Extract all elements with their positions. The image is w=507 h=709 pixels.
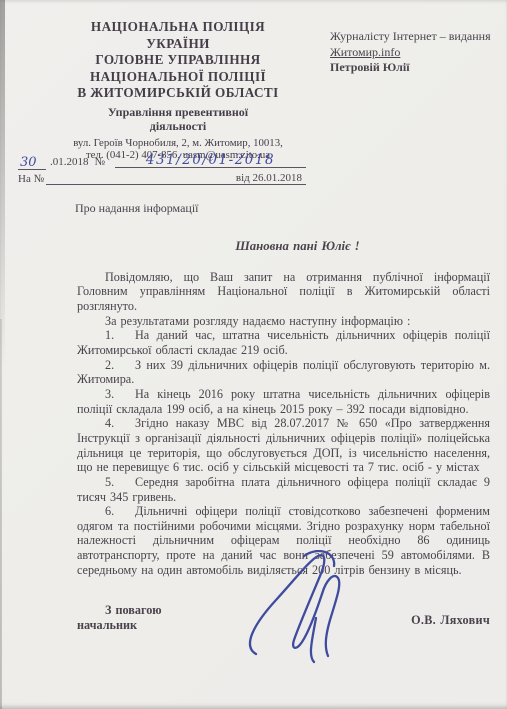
org-name-line: В ЖИТОМИРСЬКІЙ ОБЛАСТІ <box>42 85 314 102</box>
reply-date: від 26.01.2018 <box>228 172 306 185</box>
org-name-line: НАЦІОНАЛЬНОЇ ПОЛІЦІЇ <box>42 69 314 86</box>
salutation: Шановна пані Юліє ! <box>77 239 490 254</box>
handwritten-outgoing-number: 431/20/01-2018 <box>115 153 306 168</box>
item-text: Середня заробітна плата дільничного офіц… <box>77 475 490 504</box>
recipient-block: Журналісту Інтернет – видання Житомир.in… <box>330 29 498 76</box>
closing-row: начальник О.В. Ляхович <box>77 618 490 633</box>
blank-line-short <box>214 172 228 185</box>
signer-position: начальник <box>77 618 137 633</box>
recipient-outlet: Житомир.info <box>330 45 498 61</box>
subject-line: Про надання інформації <box>75 201 199 216</box>
item-number: 2. <box>105 358 135 373</box>
division-name-line: Управління превентивної <box>42 105 314 120</box>
numbered-item: 5.Середня заробітна плата дільничного оф… <box>77 475 490 504</box>
org-name-line: НАЦІОНАЛЬНА ПОЛІЦІЯ <box>42 19 314 36</box>
letterhead: НАЦІОНАЛЬНА ПОЛІЦІЯ УКРАЇНИ ГОЛОВНЕ УПРА… <box>42 19 314 162</box>
org-name-line: УКРАЇНИ <box>42 36 314 53</box>
reply-reference-row: На № від 26.01.2018 <box>18 172 306 185</box>
item-number: 6. <box>105 504 135 519</box>
item-text: З них 39 дільничних офіцерів поліції обс… <box>77 358 490 387</box>
org-name-line: ГОЛОВНЕ УПРАВЛІННЯ <box>42 52 314 69</box>
numbered-item: 2.З них 39 дільничних офіцерів поліції о… <box>77 358 490 387</box>
org-address: вул. Героїв Чорнобиля, 2, м. Житомир, 10… <box>42 137 314 150</box>
outgoing-number-row: 30 .01.2018 № 431/20/01-2018 <box>18 153 306 168</box>
item-text: Згідно наказу МВС від 28.07.2017 № 650 «… <box>77 416 490 474</box>
item-number: 1. <box>105 328 135 343</box>
item-number: 3. <box>105 387 135 402</box>
blank-line <box>46 172 214 185</box>
scan-edge-shadow <box>0 0 5 369</box>
handwritten-day: 30 <box>18 156 46 170</box>
item-number: 4. <box>105 416 135 431</box>
outgoing-date-printed: .01.2018 <box>50 156 89 168</box>
signer-name: О.В. Ляхович <box>411 613 490 628</box>
item-text: На кінець 2016 року штатна чисельність д… <box>77 387 490 416</box>
scan-edge-shadow-lower <box>0 319 2 709</box>
recipient-role: Журналісту Інтернет – видання <box>330 29 498 45</box>
item-text: Дільничні офіцери поліції стовідсотково … <box>77 504 490 577</box>
numbered-item: 6.Дільничні офіцери поліції стовідсотков… <box>77 504 490 577</box>
reference-block: 30 .01.2018 № 431/20/01-2018 На № від 26… <box>18 153 306 185</box>
letter-body: Шановна пані Юліє ! Повідомляю, що Ваш з… <box>77 239 490 633</box>
scanned-letter-page: НАЦІОНАЛЬНА ПОЛІЦІЯ УКРАЇНИ ГОЛОВНЕ УПРА… <box>0 0 507 709</box>
closing-block: З повагою начальник О.В. Ляхович <box>77 603 490 632</box>
numbered-item: 1.На даний час, штатна чисельність дільн… <box>77 328 490 357</box>
item-text: На даний час, штатна чисельність дільнич… <box>77 328 490 357</box>
division-name-line: діяльності <box>42 119 314 134</box>
numbered-item: 3.На кінець 2016 року штатна чисельність… <box>77 387 490 416</box>
numbered-item: 4.Згідно наказу МВС від 28.07.2017 № 650… <box>77 416 490 475</box>
item-number: 5. <box>105 475 135 490</box>
paragraph: За результатами розгляду надаємо наступн… <box>77 314 490 329</box>
recipient-name: Петровій Юлії <box>330 60 498 76</box>
paragraph: Повідомляю, що Ваш запит на отримання пу… <box>77 270 490 314</box>
reply-label: На № <box>18 173 44 185</box>
number-sign: № <box>95 156 106 168</box>
